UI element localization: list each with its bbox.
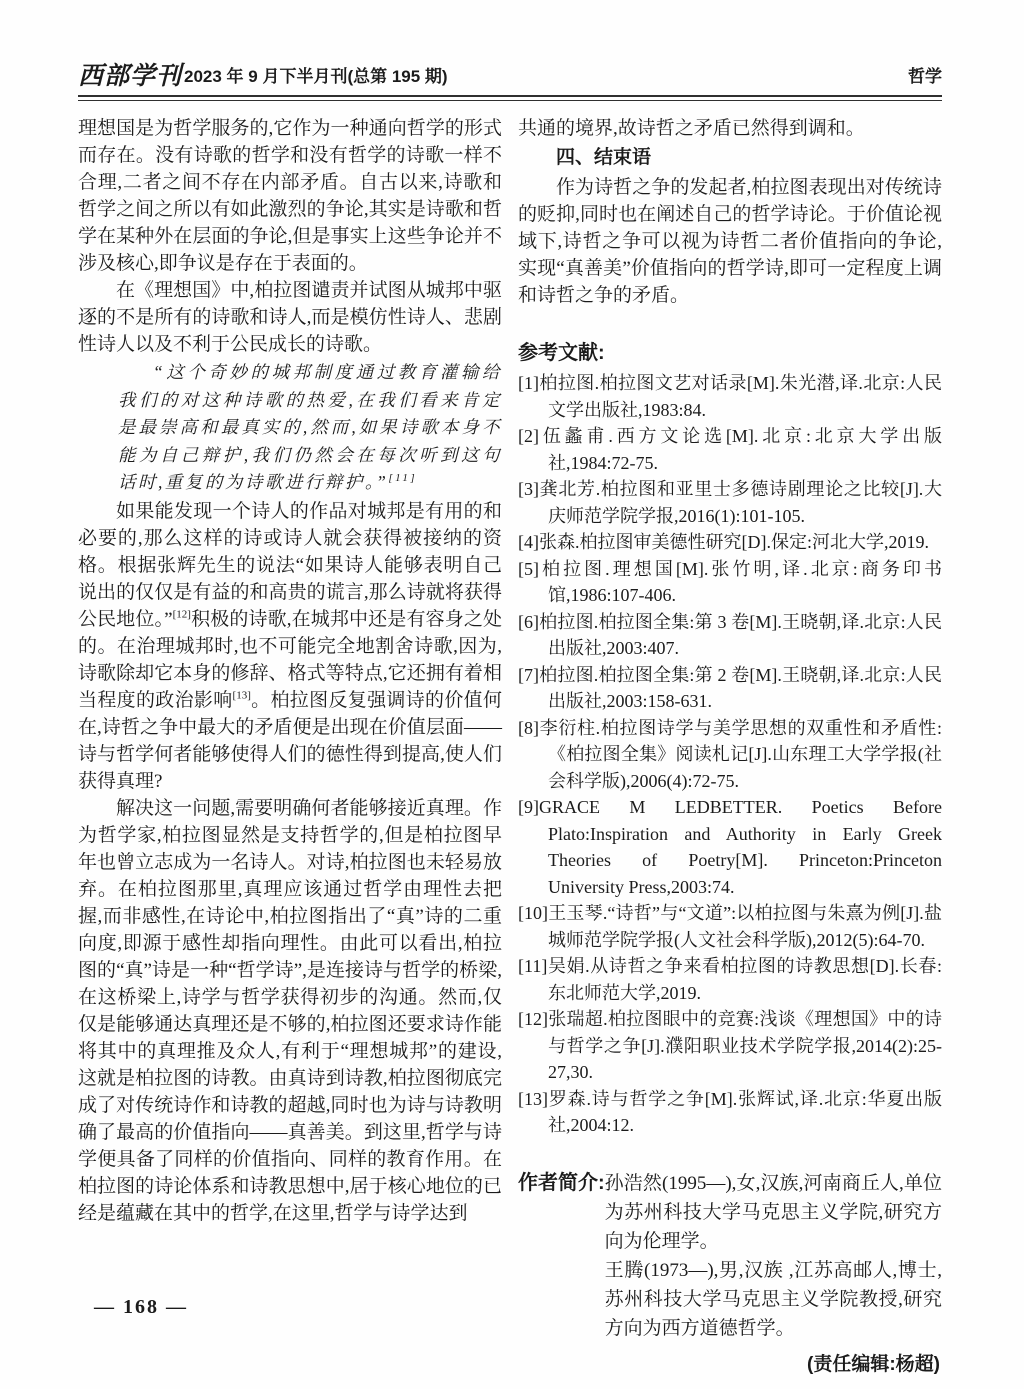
reference-item: [11]吴娟.从诗哲之争来看柏拉图的诗教思想[D].长春:东北师范大学,2019… (518, 953, 942, 1006)
citation-superscript: [12] (173, 608, 191, 620)
paragraph: 如果能发现一个诗人的作品对城邦是有用的和必要的,那么这样的诗或诗人就会获得被接纳… (78, 498, 502, 795)
reference-item: [2]伍蠡甫.西方文论选[M].北京:北京大学出版社,1984:72-75. (518, 423, 942, 476)
references-heading: 参考文献: (518, 341, 942, 365)
author-bio-label: 作者简介: (518, 1169, 605, 1343)
reference-item: [12]张瑞超.柏拉图眼中的竞赛:浅谈《理想国》中的诗与哲学之争[J].濮阳职业… (518, 1006, 942, 1086)
section-label: 哲学 (908, 66, 942, 88)
two-column-body: 理想国是为哲学服务的,它作为一种通向哲学的形式而存在。没有诗歌的哲学和没有哲学的… (78, 115, 942, 1376)
citation-superscript: [13] (233, 689, 251, 701)
reference-item: [9]GRACE M LEDBETTER. Poetics Before Pla… (518, 794, 942, 900)
reference-item: [4]张森.柏拉图审美德性研究[D].保定:河北大学,2019. (518, 529, 942, 556)
paragraph: 作为诗哲之争的发起者,柏拉图表现出对传统诗的贬抑,同时也在阐述自己的哲学诗论。于… (518, 174, 942, 309)
reference-item: [13]罗森.诗与哲学之争[M].张辉试,译.北京:华夏出版社,2004:12. (518, 1086, 942, 1139)
page-header: 西部学刊 2023 年 9 月下半月刊(总第 195 期) 哲学 (78, 64, 942, 88)
paragraph: 共通的境界,故诗哲之矛盾已然得到调和。 (518, 115, 942, 142)
author-bio-entry: 孙浩然(1995—),女,汉族,河南商丘人,单位为苏州科技大学马克思主义学院,研… (605, 1169, 942, 1256)
section-heading: 四、结束语 (518, 143, 942, 173)
page-number: — 168 — (94, 1296, 188, 1319)
paragraph: 理想国是为哲学服务的,它作为一种通向哲学的形式而存在。没有诗歌的哲学和没有哲学的… (78, 115, 502, 277)
block-quote: “这个奇妙的城邦制度通过教育灌输给我们的对这种诗歌的热爱,在我们看来肯定是最崇高… (118, 359, 502, 497)
reference-item: [5]柏拉图.理想国[M].张竹明,译.北京:商务印书馆,1986:107-40… (518, 556, 942, 609)
reference-item: [10]王玉琴.“诗哲”与“文道”:以柏拉图与朱熹为例[J].盐城师范学院学报(… (518, 900, 942, 953)
reference-item: [1]柏拉图.柏拉图文艺对话录[M].朱光潜,译.北京:人民文学出版社,1983… (518, 370, 942, 423)
paragraph: 在《理想国》中,柏拉图谴责并试图从城邦中驱逐的不是所有的诗歌和诗人,而是模仿性诗… (78, 277, 502, 358)
reference-item: [6]柏拉图.柏拉图全集:第 3 卷[M].王晓朝,译.北京:人民出版社,200… (518, 609, 942, 662)
scanned-paper-page: 西部学刊 2023 年 9 月下半月刊(总第 195 期) 哲学 理想国是为哲学… (0, 0, 1024, 1389)
left-column: 理想国是为哲学服务的,它作为一种通向哲学的形式而存在。没有诗歌的哲学和没有哲学的… (78, 115, 502, 1376)
reference-item: [7]柏拉图.柏拉图全集:第 2 卷[M].王晓朝,译.北京:人民出版社,200… (518, 662, 942, 715)
header-divider (78, 95, 942, 101)
author-bio-section: 作者简介: 孙浩然(1995—),女,汉族,河南商丘人,单位为苏州科技大学马克思… (518, 1169, 942, 1343)
paragraph: 解决这一问题,需要明确何者能够接近真理。作为哲学家,柏拉图显然是支持哲学的,但是… (78, 795, 502, 1227)
references-list: [1]柏拉图.柏拉图文艺对话录[M].朱光潜,译.北京:人民文学出版社,1983… (518, 370, 942, 1139)
journal-logo: 西部学刊 (78, 64, 182, 88)
reference-item: [3]龚北芳.柏拉图和亚里士多德诗剧理论之比较[J].大庆师范学院学报,2016… (518, 476, 942, 529)
editor-note: (责任编辑:杨超) (518, 1349, 942, 1376)
right-column: 共通的境界,故诗哲之矛盾已然得到调和。 四、结束语 作为诗哲之争的发起者,柏拉图… (518, 115, 942, 1376)
author-bio-text: 孙浩然(1995—),女,汉族,河南商丘人,单位为苏州科技大学马克思主义学院,研… (605, 1169, 942, 1343)
author-bio-entry: 王腾(1973—),男,汉族 ,江苏高邮人,博士,苏州科技大学马克思主义学院教授… (605, 1256, 942, 1343)
quote-text: “这个奇妙的城邦制度通过教育灌输给我们的对这种诗歌的热爱,在我们看来肯定是最崇高… (118, 362, 502, 492)
journal-issue-info: 2023 年 9 月下半月刊(总第 195 期) (184, 66, 448, 88)
citation-superscript: [11] (388, 472, 417, 484)
header-left: 西部学刊 2023 年 9 月下半月刊(总第 195 期) (78, 64, 448, 88)
reference-item: [8]李衍柱.柏拉图诗学与美学思想的双重性和矛盾性:《柏拉图全集》阅读札记[J]… (518, 715, 942, 795)
